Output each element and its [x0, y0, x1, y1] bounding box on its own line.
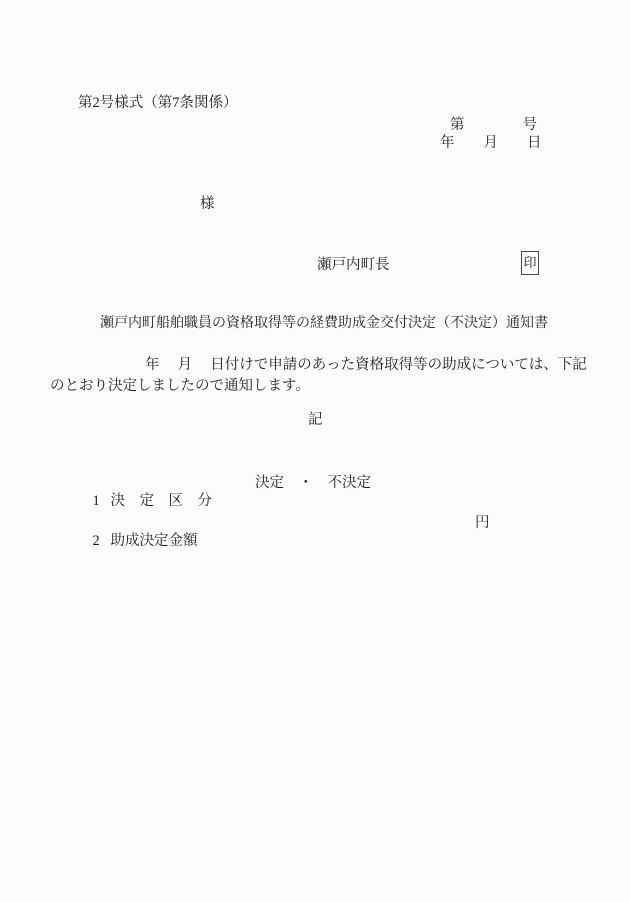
item-number: 1: [93, 492, 111, 510]
seal-box: 印: [521, 251, 539, 275]
document-page: 第2号様式（第7条関係） 第 号 年 月 日 様 瀬戸内町長 印 瀬戸内町船舶職…: [0, 0, 630, 903]
date-line: 年 月 日: [440, 134, 542, 152]
body-text-line-2: のとおり決定しましたので通知します。: [50, 377, 310, 395]
recipient-honorific: 様: [200, 195, 215, 213]
body-text-line-1: 年 月 日付けで申請のあった資格取得等の助成については、下記: [145, 356, 587, 374]
item-value: 決定 ・ 不決定: [255, 474, 371, 492]
doc-number-line: 第 号: [450, 116, 537, 134]
record-heading: 記: [308, 411, 323, 429]
item-label: 決 定 区 分: [111, 493, 213, 509]
seal-label: 印: [523, 255, 536, 271]
item-number: 2: [93, 532, 111, 550]
document-title: 瀬戸内町船舶職員の資格取得等の経費助成金交付決定（不決定）通知書: [100, 315, 548, 333]
sender-title: 瀬戸内町長: [317, 256, 390, 274]
item-label: 助成決定金額: [111, 533, 198, 549]
item-value: 円: [475, 514, 490, 532]
form-number: 第2号様式（第7条関係）: [78, 94, 238, 112]
list-item-grant-amount: 2助成決定金額 円: [78, 514, 198, 587]
